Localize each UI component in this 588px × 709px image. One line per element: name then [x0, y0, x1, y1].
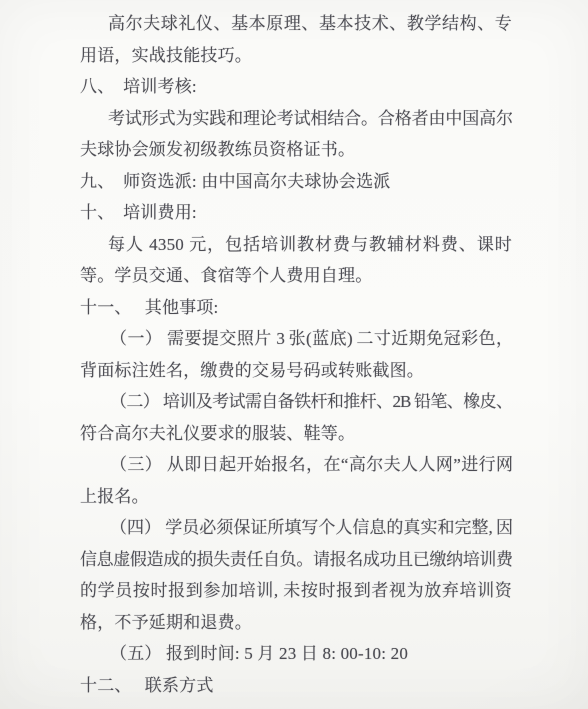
list-item-line: （五） 报到时间: 5 月 23 日 8: 00-10: 20 [80, 638, 512, 670]
body-text-line: 符合高尔夫礼仪要求的服装、鞋等。 [80, 418, 512, 450]
body-text-line: 高尔夫球礼仪、基本原理、基本技术、教学结构、专业 [80, 8, 512, 40]
section-heading-line: 十二、 联系方式 [80, 670, 512, 702]
body-text-line: 考试形式为实践和理论考试相结合。合格者由中国高尔 [80, 103, 512, 135]
body-text-line: 夫球协会颁发初级教练员资格证书。 [80, 134, 512, 166]
document-text-block: 高尔夫球礼仪、基本原理、基本技术、教学结构、专业用语，实战技能技巧。八、 培训考… [80, 8, 512, 701]
body-text-line: 背面标注姓名，缴费的交易号码或转账截图。 [80, 355, 512, 387]
list-item-line: （四） 学员必须保证所填写个人信息的真实和完整, 因 [80, 512, 512, 544]
body-text-line: 用语，实战技能技巧。 [80, 40, 512, 72]
section-heading-line: 十、 培训费用: [80, 197, 512, 229]
body-text-line: 上报名。 [80, 481, 512, 513]
document-page: 高尔夫球礼仪、基本原理、基本技术、教学结构、专业用语，实战技能技巧。八、 培训考… [0, 0, 588, 709]
list-item-line: （一） 需要提交照片 3 张(蓝底) 二寸近期免冠彩色， [80, 323, 512, 355]
body-text-line: 每人 4350 元，包括培训教材费与教辅材料费、课时费 [80, 229, 512, 261]
list-item-line: （三） 从即日起开始报名，在“高尔夫人人网”进行网 [80, 449, 512, 481]
list-item-line: （二） 培训及考试需自备铁杆和推杆、2B 铅笔、橡皮、 [80, 386, 512, 418]
section-heading-line: 八、 培训考核: [80, 71, 512, 103]
body-text-line: 格，不予延期和退费。 [80, 607, 512, 639]
body-text-line: 的学员按时报到参加培训, 未按时报到者视为放弃培训资 [80, 575, 512, 607]
section-heading-line: 十一、 其他事项: [80, 292, 512, 324]
body-text-line: 信息虚假造成的损失责任自负。请报名成功且已缴纳培训费 [80, 544, 512, 576]
section-heading-line: 九、 师资选派: 由中国高尔夫球协会选派 [80, 166, 512, 198]
body-text-line: 等。学员交通、食宿等个人费用自理。 [80, 260, 512, 292]
